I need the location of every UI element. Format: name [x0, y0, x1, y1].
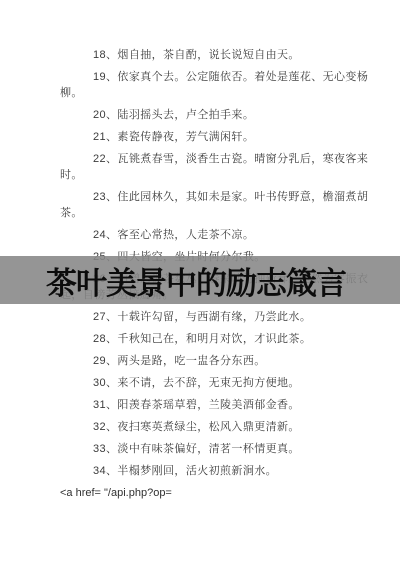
list-item: 29、两头是路，吃一盅各分东西。 — [60, 353, 378, 369]
list-item: 18、烟自抽，茶自酌，说长说短自由天。 — [60, 47, 378, 63]
list-item: 31、阳羡春茶瑶草碧，兰陵美酒郁金香。 — [60, 397, 378, 413]
list-item: 27、十载许勾留，与西湖有缘，乃尝此水。 — [60, 309, 378, 325]
title-overlay-band: 茶叶美景中的励志箴言 — [0, 256, 400, 304]
list-item: 20、陆羽摇头去，卢仝拍手来。 — [60, 107, 378, 123]
article-page: 18、烟自抽，茶自酌，说长说短自由天。19、依家真个去。公定随依否。着处是莲花、… — [0, 0, 400, 566]
list-item: 21、素瓷传静夜，芳气满闲轩。 — [60, 129, 378, 145]
list-item: 33、淡中有味茶偏好，清茗一杯情更真。 — [60, 441, 378, 457]
list-item: 24、客至心常热，人走茶不凉。 — [60, 227, 378, 243]
list-item: 19、依家真个去。公定随依否。着处是莲花、无心变杨柳。 — [60, 69, 378, 101]
list-item: 28、千秋知己在，和明月对饮，才识此茶。 — [60, 331, 378, 347]
list-item: 30、来不请，去不辞，无束无拘方便地。 — [60, 375, 378, 391]
page-title: 茶叶美景中的励志箴言 — [0, 258, 346, 303]
list-item: 34、半榻梦刚回，活火初煎新涧水。 — [60, 463, 378, 479]
stray-html-code-text: <a href= "/api.php?op= — [60, 485, 378, 501]
list-item: 22、瓦铫煮春雪，淡香生古瓷。晴窗分乳后，寒夜客来时。 — [60, 151, 378, 183]
list-item: 23、住此园林久，其如未是家。叶书传野意，檐溜煮胡茶。 — [60, 189, 378, 221]
list-item: 32、夜扫寒英煮绿尘，松风入鼎更清新。 — [60, 419, 378, 435]
